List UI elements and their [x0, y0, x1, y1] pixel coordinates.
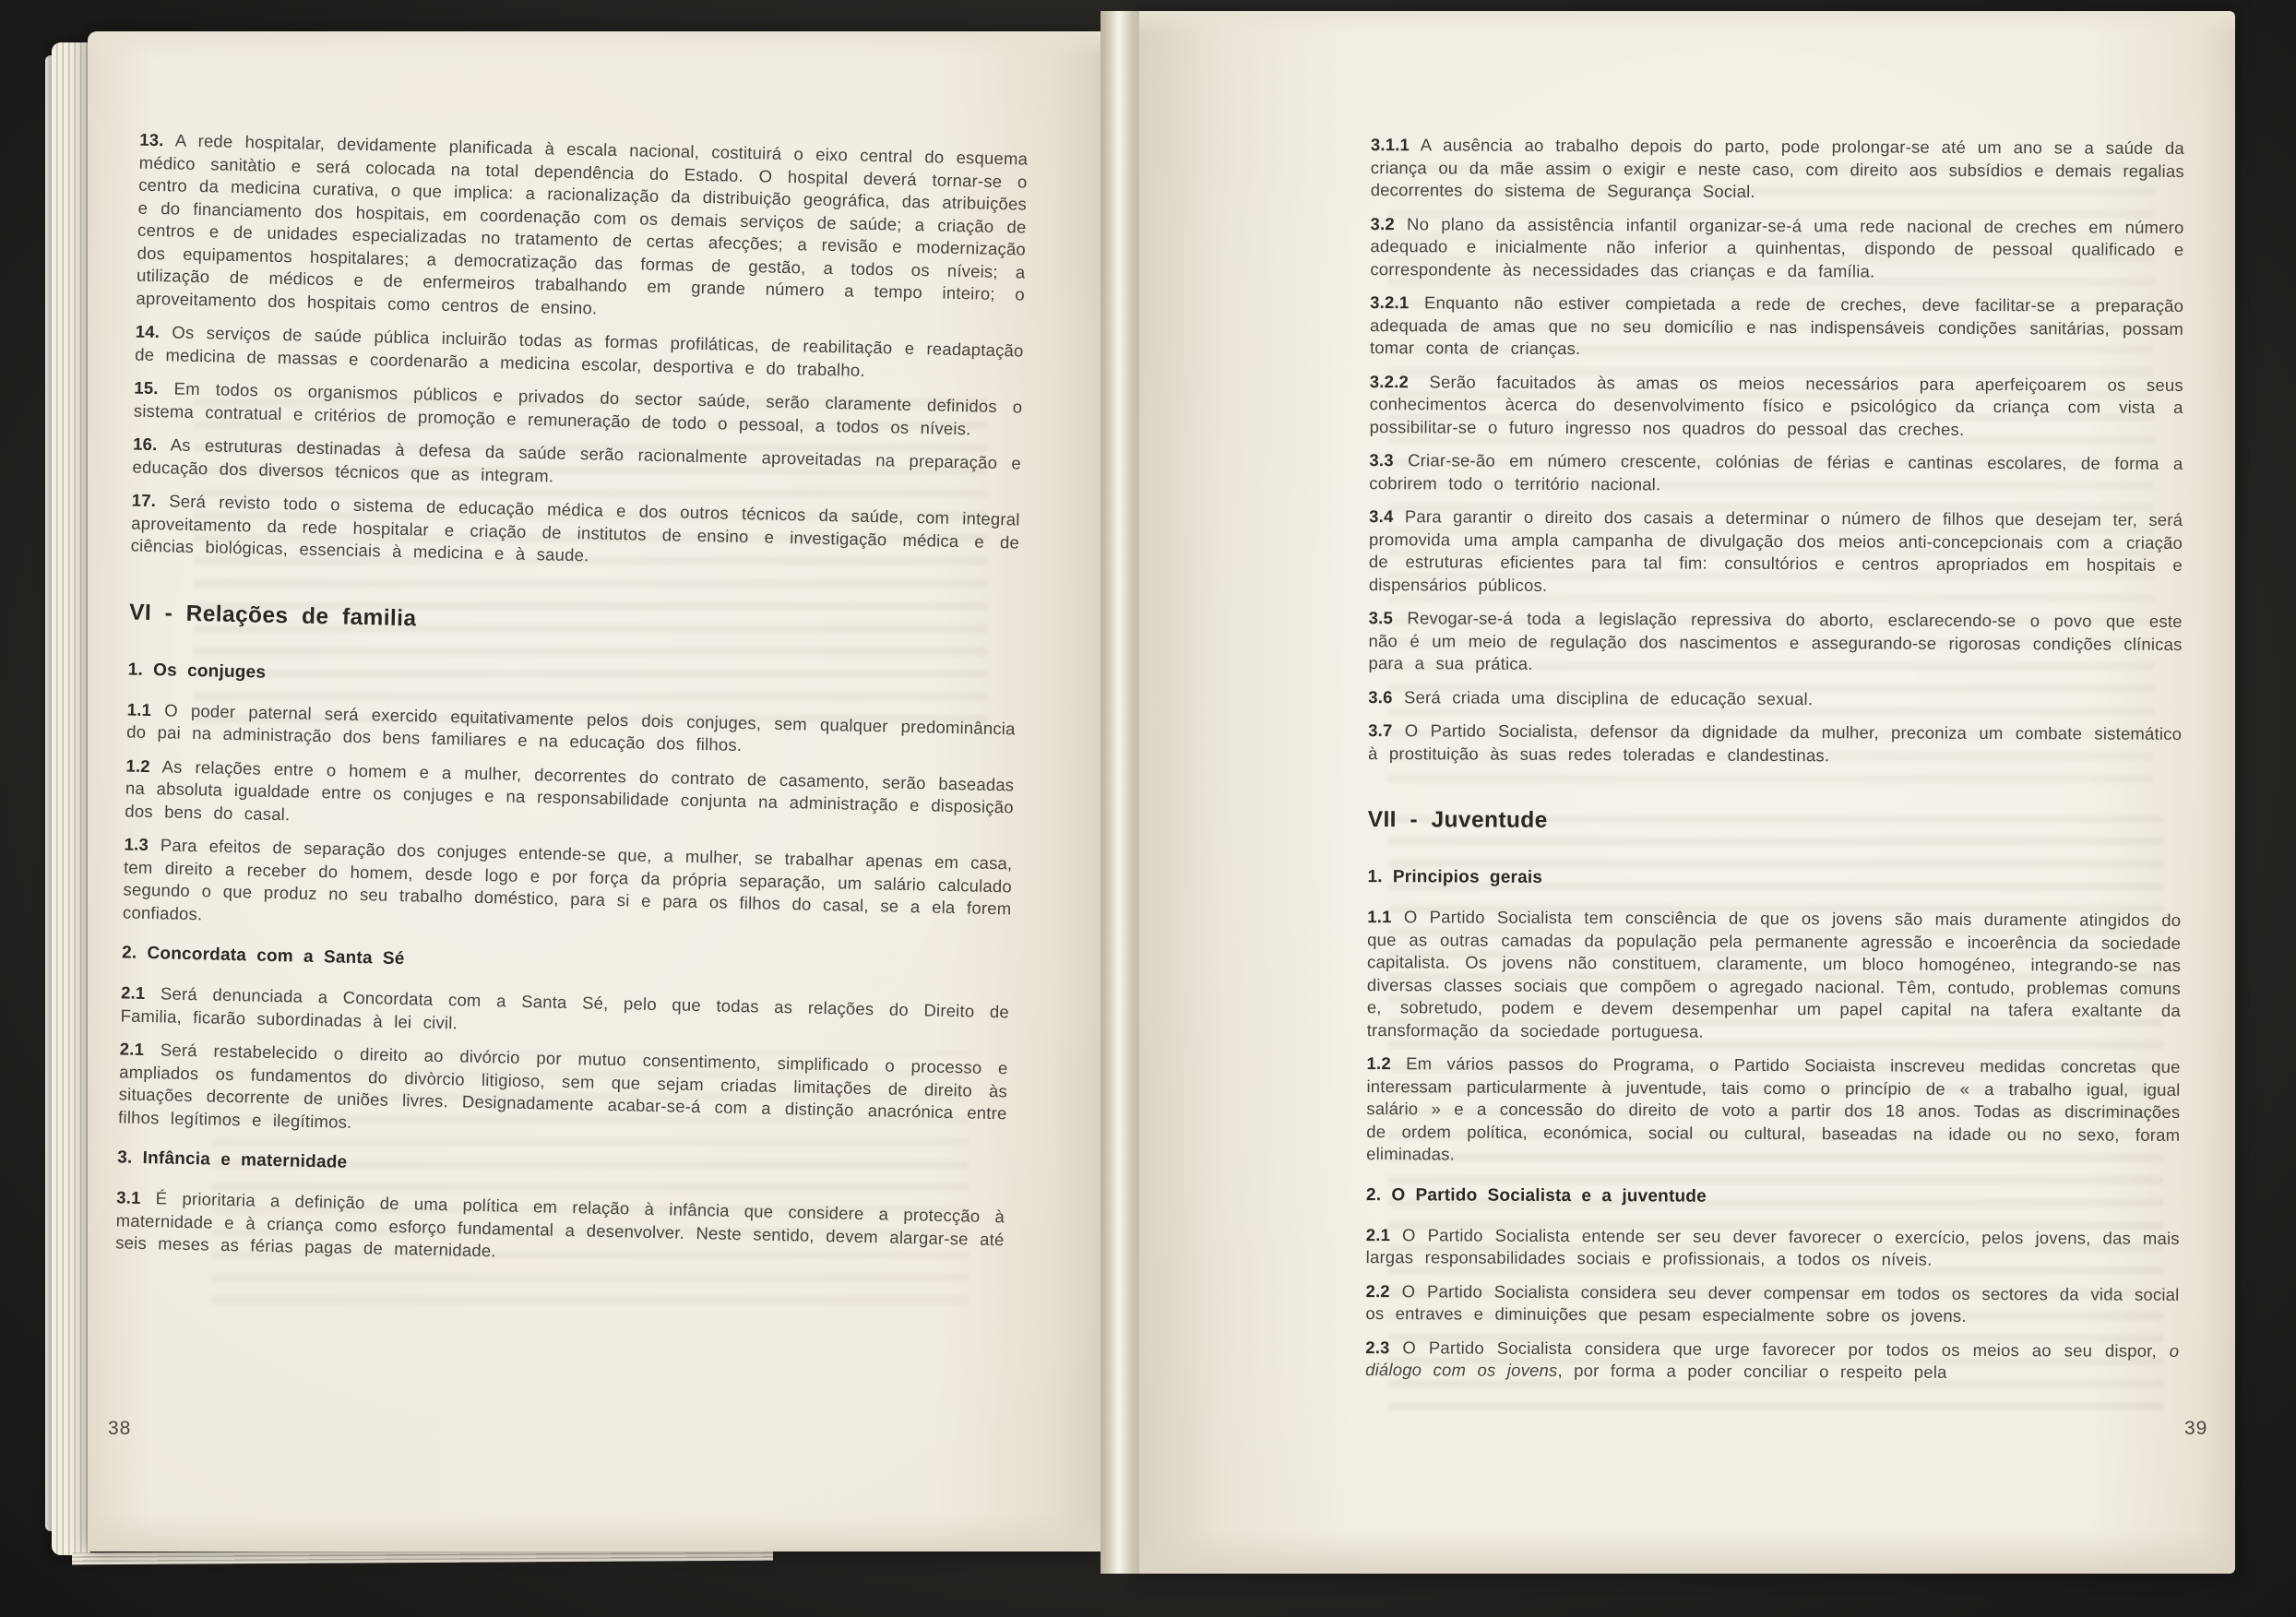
- paragraph-text: O Partido Socialista, defensor da dignid…: [1368, 720, 2182, 765]
- subsection-heading: 3. Infância e maternidade: [117, 1147, 1005, 1187]
- paragraph-number: 15.: [134, 378, 159, 398]
- paragraph: 16. As estruturas destinadas à defesa da…: [132, 434, 1021, 498]
- page-number-right: 39: [2184, 1418, 2207, 1440]
- paragraph-text: O Partido Socialista entende ser seu dev…: [1366, 1225, 2180, 1269]
- paragraph-text: O poder paternal será exercido equitativ…: [126, 700, 1016, 755]
- page-number-left: 38: [108, 1418, 131, 1440]
- paragraph-text: , por forma a poder conciliar o respeito…: [1557, 1361, 1946, 1382]
- paragraph: 17. Será revisto todo o sistema de educa…: [130, 490, 1019, 577]
- paragraph: 1.1 O poder paternal será exercido equit…: [126, 698, 1016, 763]
- paragraph-number: 2.3: [1365, 1338, 1389, 1357]
- paragraph-text: Para garantir o direito dos casais a det…: [1369, 506, 2183, 594]
- text-column-left: 13. A rede hospitalar, devidamente plani…: [115, 129, 1029, 1285]
- paragraph: 3.4 Para garantir o direito dos casais a…: [1369, 505, 2183, 600]
- paragraph-number: 3.4: [1369, 506, 1393, 526]
- paragraph-number: 3.2.1: [1370, 292, 1409, 312]
- paragraph-number: 2.1: [121, 982, 146, 1003]
- book-gutter: [1100, 11, 1139, 1574]
- paragraph-text: No plano da assistência infantil organiz…: [1370, 214, 2183, 280]
- paragraph-number: 3.5: [1369, 608, 1393, 627]
- paragraph: 3.6 Será criada uma disciplina de educaç…: [1368, 686, 2182, 712]
- paragraph: 2.3 O Partido Socialista considera que u…: [1365, 1337, 2179, 1385]
- paragraph-number: 2.1: [120, 1039, 145, 1059]
- paragraph-text: Serão facuitados às amas os meios necess…: [1370, 372, 2183, 439]
- paragraph: 3.5 Revogar-se-á toda a legislação repre…: [1368, 607, 2182, 678]
- paragraph-text: Será restabelecido o direito ao divórcio…: [118, 1040, 1008, 1131]
- paragraph: 3.2 No plano da assistência infantil org…: [1370, 213, 2183, 284]
- paragraph-number: 1.2: [1367, 1053, 1391, 1073]
- paragraph-number: 1.1: [127, 699, 152, 719]
- paragraph: 1.2 As relações entre o homem e a mulher…: [125, 755, 1014, 841]
- book-spread: 13. A rede hospitalar, devidamente plani…: [0, 0, 2296, 1617]
- paragraph: 1.1 O Partido Socialista tem consciência…: [1367, 906, 2182, 1045]
- paragraph-number: 13.: [139, 130, 164, 150]
- paragraph-text: A ausência ao trabalho depois do parto, …: [1371, 135, 2184, 201]
- paragraph: 2.1 Será denunciada a Concordata com a S…: [120, 981, 1009, 1046]
- paragraph: 3.2.1 Enquanto não estiver compietada a …: [1370, 291, 2183, 363]
- paragraph-text: Será denunciada a Concordata com a Santa…: [120, 983, 1009, 1032]
- paragraph-text: O Partido Socialista tem consciência de …: [1367, 907, 2182, 1040]
- paragraph-text: Em todos os organismos públicos e privad…: [134, 379, 1023, 438]
- paragraph: 1.3 Para efeitos de separação dos conjug…: [123, 833, 1013, 943]
- paragraph: 1.2 Em vários passos do Programa, o Part…: [1366, 1052, 2181, 1169]
- paragraph: 2.1 Será restabelecido o direito ao divó…: [118, 1038, 1008, 1147]
- paragraph: 2.1 O Partido Socialista entende ser seu…: [1366, 1224, 2180, 1273]
- paragraph-number: 1.1: [1367, 907, 1391, 926]
- paragraph-number: 16.: [133, 434, 158, 455]
- paragraph: 3.2.2 Serão facuitados às amas os meios …: [1370, 371, 2183, 442]
- paragraph-text: Será revisto todo o sistema de educação …: [130, 491, 1019, 565]
- text-column-right: 3.1.1 A ausência ao trabalho depois do p…: [1365, 134, 2184, 1396]
- paragraph-number: 3.2: [1371, 214, 1395, 233]
- paragraph: 15. Em todos os organismos públicos e pr…: [134, 377, 1023, 442]
- chapter-heading: VII - Juventude: [1368, 807, 2182, 837]
- paragraph-number: 3.1.1: [1371, 135, 1410, 154]
- paragraph: 3.3 Criar-se-ão em número crescente, col…: [1369, 449, 2183, 498]
- paragraph-text: Enquanto não estiver compietada a rede d…: [1370, 292, 2183, 358]
- subsection-heading: 1. Os conjuges: [128, 659, 1017, 699]
- paragraph: 2.2 O Partido Socialista considera seu d…: [1365, 1280, 2179, 1329]
- paragraph: 13. A rede hospitalar, devidamente plani…: [136, 129, 1028, 329]
- paragraph-text: O Partido Socialista considera que urge …: [1402, 1338, 2169, 1361]
- paragraph-number: 3.7: [1368, 720, 1392, 740]
- paragraph-number: 3.6: [1368, 687, 1392, 707]
- paragraph-text: Revogar-se-á toda a legislação repressiv…: [1368, 608, 2182, 673]
- paragraph-text: A rede hospitalar, devidamente planifica…: [136, 130, 1028, 317]
- paragraph-number: 3.3: [1369, 450, 1393, 470]
- paragraph-text: Será criada uma disciplina de educação s…: [1404, 687, 1813, 708]
- paragraph-number: 14.: [136, 322, 161, 342]
- paragraph-number: 3.2.2: [1370, 372, 1409, 391]
- paragraph: 3.1 É prioritaria a definição de uma pol…: [115, 1186, 1005, 1273]
- paragraph-text: Em vários passos do Programa, o Partido …: [1366, 1053, 2181, 1163]
- paragraph-text: As relações entre o homem e a mulher, de…: [125, 756, 1014, 824]
- paragraph-text: O Partido Socialista considera seu dever…: [1365, 1281, 2179, 1326]
- paragraph-number: 2.1: [1366, 1225, 1390, 1244]
- paragraph: 14. Os serviços de saúde pública incluir…: [135, 321, 1024, 386]
- paragraph-text: Para efeitos de separação dos conjuges e…: [123, 835, 1013, 923]
- paragraph-number: 1.2: [125, 755, 150, 776]
- subsection-heading: 2. O Partido Socialista e a juventude: [1366, 1184, 2180, 1209]
- subsection-heading: 2. Concordata com a Santa Sé: [122, 942, 1010, 982]
- paragraph: 3.1.1 A ausência ao trabalho depois do p…: [1371, 134, 2184, 205]
- paragraph-number: 3.1: [116, 1187, 141, 1207]
- paragraph-number: 2.2: [1365, 1281, 1389, 1301]
- page-edges-left: [52, 42, 90, 1555]
- paragraph: 3.7 O Partido Socialista, defensor da di…: [1368, 719, 2182, 768]
- paragraph-text: As estruturas destinadas à defesa da saú…: [132, 434, 1021, 485]
- subsection-heading: 1. Principios gerais: [1367, 866, 2181, 891]
- paragraph-number: 17.: [132, 491, 157, 511]
- paragraph-text: Criar-se-ão em número crescente, colónia…: [1369, 450, 2183, 493]
- paragraph-text: É prioritaria a definição de uma polític…: [115, 1188, 1005, 1260]
- paragraph-text: Os serviços de saúde pública incluirão t…: [135, 322, 1024, 379]
- chapter-heading: VI - Relações de familia: [129, 600, 1017, 645]
- paragraph-number: 1.3: [124, 834, 149, 854]
